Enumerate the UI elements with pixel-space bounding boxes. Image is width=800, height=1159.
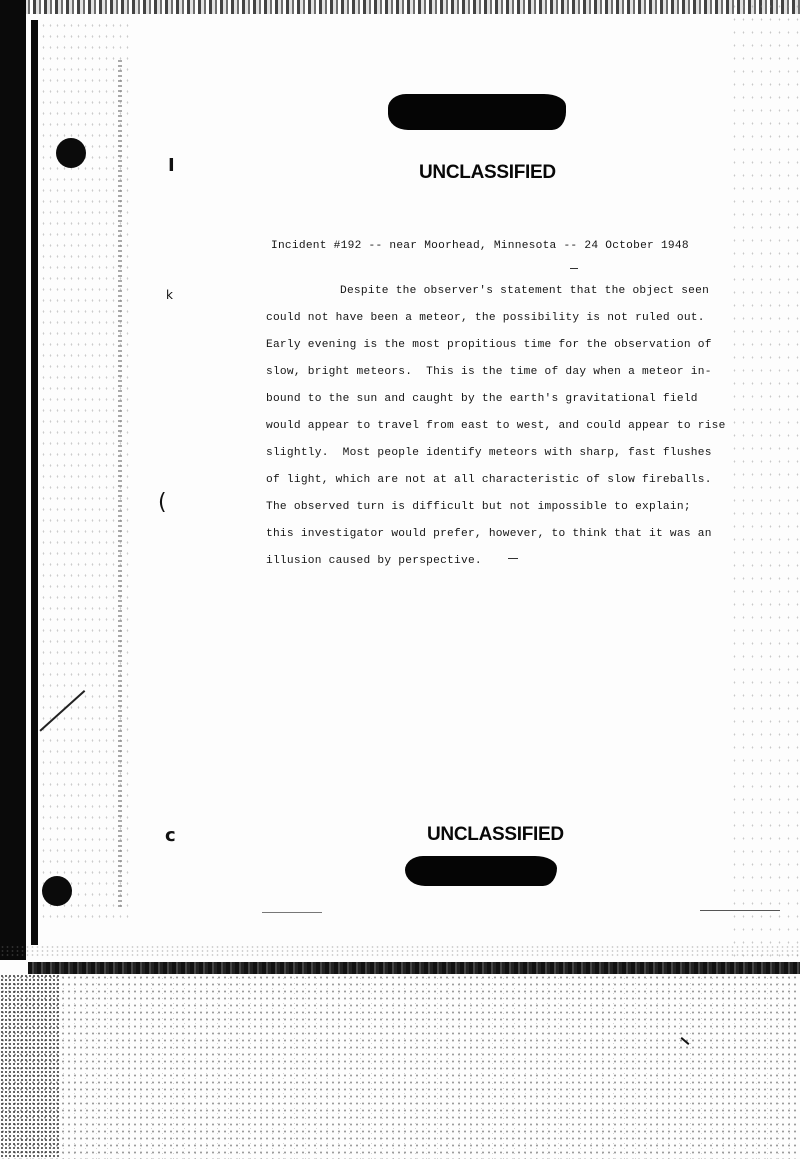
paragraph-line: Early evening is the most propitious tim… [266, 336, 746, 363]
scan-left-rule [31, 20, 38, 945]
incident-heading: Incident #192 -- near Moorhead, Minnesot… [271, 240, 689, 252]
incident-analysis-paragraph: Despite the observer's statement that th… [266, 282, 746, 579]
scan-stripe [118, 60, 122, 910]
ink-mark [700, 910, 780, 911]
scan-top-edge [0, 0, 800, 14]
scan-noise-band [0, 945, 800, 957]
paragraph-line: Despite the observer's statement that th… [266, 282, 746, 309]
margin-mark: c [165, 825, 176, 846]
punch-hole-icon [56, 138, 86, 168]
ink-mark [262, 912, 322, 913]
redaction-block-top [388, 94, 566, 130]
classification-marking-top: UNCLASSIFIED [419, 162, 556, 184]
scan-bottom-edge [28, 962, 800, 974]
ink-mark [508, 558, 518, 559]
paragraph-line: The observed turn is difficult but not i… [266, 498, 746, 525]
redaction-block-bottom [405, 856, 557, 886]
margin-mark: ( [158, 490, 167, 515]
margin-mark: k [166, 288, 173, 302]
paragraph-line: slightly. Most people identify meteors w… [266, 444, 746, 471]
scan-noise-corner [0, 974, 60, 1159]
ink-mark [570, 268, 578, 269]
scan-left-edge [0, 0, 26, 960]
scan-noise-bottom [0, 974, 800, 1159]
paragraph-line: illusion caused by perspective. [266, 552, 746, 579]
classification-marking-bottom: UNCLASSIFIED [427, 824, 564, 846]
paragraph-line: this investigator would prefer, however,… [266, 525, 746, 552]
paragraph-line: of light, which are not at all character… [266, 471, 746, 498]
document-page: I k ( c UNCLASSIFIED Incident #192 -- ne… [0, 0, 800, 1159]
paragraph-line: slow, bright meteors. This is the time o… [266, 363, 746, 390]
paragraph-line: bound to the sun and caught by the earth… [266, 390, 746, 417]
paragraph-line: could not have been a meteor, the possib… [266, 309, 746, 336]
punch-hole-icon [42, 876, 72, 906]
margin-mark: I [168, 155, 175, 176]
paragraph-line: would appear to travel from east to west… [266, 417, 746, 444]
